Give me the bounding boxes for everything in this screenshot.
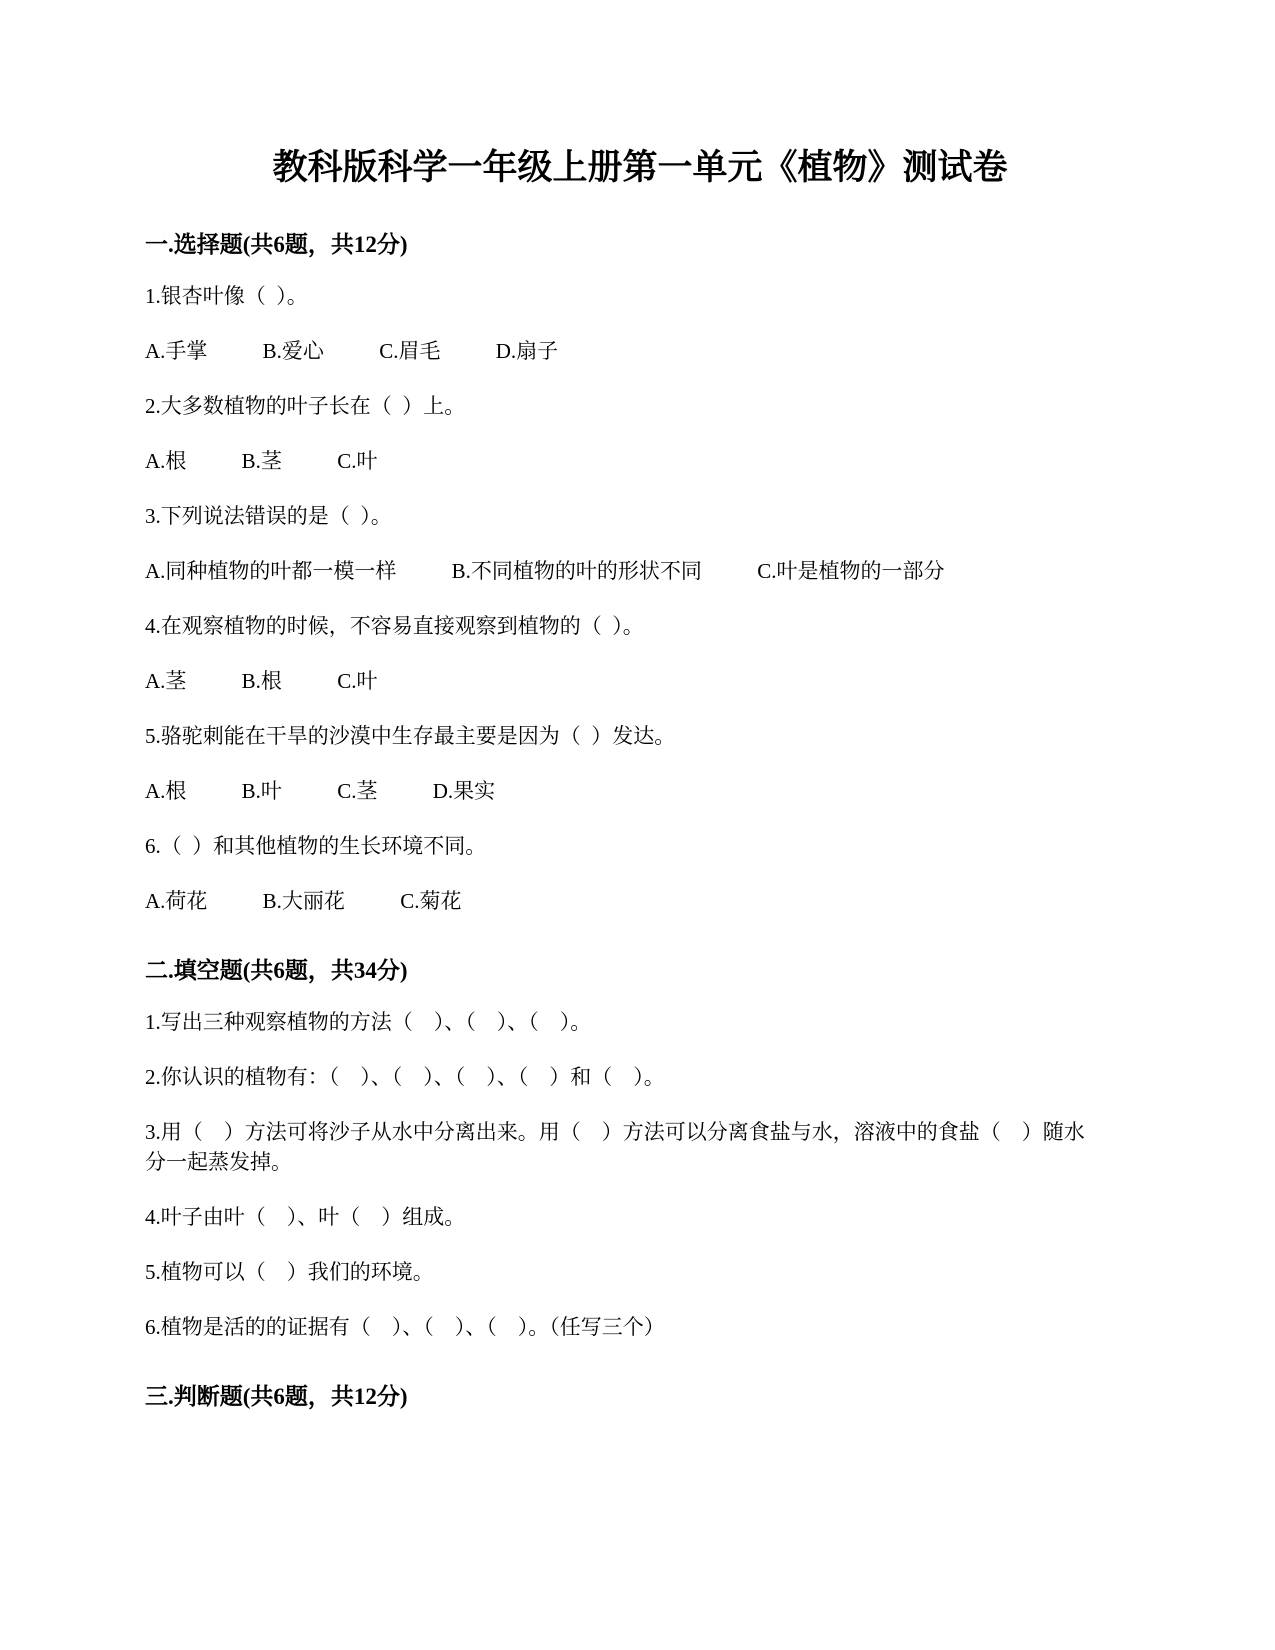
option-label: B.爱心 bbox=[263, 336, 324, 366]
question-text: 3.下列说法错误的是（ ）。 bbox=[145, 501, 1085, 531]
question-text: 4.叶子由叶（ ）、叶（ ）组成。 bbox=[145, 1202, 1085, 1232]
test-paper-page: 教科版科学一年级上册第一单元《植物》测试卷 一.选择题(共6题，共12分) 1.… bbox=[0, 0, 1275, 1650]
option-label: A.同种植物的叶都一模一样 bbox=[145, 556, 396, 586]
option-label: C.茎 bbox=[337, 776, 377, 806]
option-label: A.茎 bbox=[145, 666, 186, 696]
question-text: 5.植物可以（ ）我们的环境。 bbox=[145, 1257, 1085, 1287]
option-label: C.菊花 bbox=[400, 886, 461, 916]
options-row: A.根 B.茎 C.叶 bbox=[145, 446, 1085, 476]
option-label: B.大丽花 bbox=[263, 886, 345, 916]
option-label: C.叶 bbox=[337, 666, 377, 696]
question-text: 3.用（ ）方法可将沙子从水中分离出来。用（ ）方法可以分离食盐与水，溶液中的食… bbox=[145, 1117, 1085, 1177]
section-heading-fill: 二.填空题(共6题，共34分) bbox=[145, 952, 1135, 985]
options-row: A.手掌 B.爱心 C.眉毛 D.扇子 bbox=[145, 336, 1085, 366]
option-label: C.眉毛 bbox=[379, 336, 440, 366]
option-label: D.扇子 bbox=[496, 336, 558, 366]
question-text: 5.骆驼刺能在干旱的沙漠中生存最主要是因为（ ）发达。 bbox=[145, 721, 1085, 751]
options-row: A.茎 B.根 C.叶 bbox=[145, 666, 1085, 696]
section-choice-body: 1.银杏叶像（ ）。 A.手掌 B.爱心 C.眉毛 D.扇子 2.大多数植物的叶… bbox=[145, 281, 1085, 916]
question-text: 1.银杏叶像（ ）。 bbox=[145, 281, 1085, 311]
section-heading-choice: 一.选择题(共6题，共12分) bbox=[145, 226, 1135, 259]
options-row: A.根 B.叶 C.茎 D.果实 bbox=[145, 776, 1085, 806]
question-text: 2.你认识的植物有：（ ）、（ ）、（ ）、（ ）和（ ）。 bbox=[145, 1062, 1085, 1092]
option-label: A.手掌 bbox=[145, 336, 207, 366]
option-label: A.荷花 bbox=[145, 886, 207, 916]
question-text: 1.写出三种观察植物的方法（ ）、（ ）、（ ）。 bbox=[145, 1007, 1085, 1037]
option-label: B.茎 bbox=[242, 446, 282, 476]
section-multiple-choice: 一.选择题(共6题，共12分) 1.银杏叶像（ ）。 A.手掌 B.爱心 C.眉… bbox=[145, 226, 1135, 916]
option-label: B.不同植物的叶的形状不同 bbox=[452, 556, 702, 586]
section-true-false: 三.判断题(共6题，共12分) bbox=[145, 1378, 1135, 1411]
section-fill-in-blank: 二.填空题(共6题，共34分) 1.写出三种观察植物的方法（ ）、（ ）、（ ）… bbox=[145, 952, 1135, 1342]
option-label: B.根 bbox=[242, 666, 282, 696]
option-label: A.根 bbox=[145, 446, 186, 476]
question-text: 6.植物是活的的证据有（ ）、（ ）、（ ）。（任写三个） bbox=[145, 1312, 1085, 1342]
options-row: A.荷花 B.大丽花 C.菊花 bbox=[145, 886, 1085, 916]
question-text: 6.（ ）和其他植物的生长环境不同。 bbox=[145, 831, 1085, 861]
question-text: 2.大多数植物的叶子长在（ ）上。 bbox=[145, 391, 1085, 421]
options-row: A.同种植物的叶都一模一样 B.不同植物的叶的形状不同 C.叶是植物的一部分 bbox=[145, 556, 1085, 586]
option-label: D.果实 bbox=[433, 776, 495, 806]
question-text: 4.在观察植物的时候，不容易直接观察到植物的（ ）。 bbox=[145, 611, 1085, 641]
section-fill-body: 1.写出三种观察植物的方法（ ）、（ ）、（ ）。 2.你认识的植物有：（ ）、… bbox=[145, 1007, 1085, 1342]
option-label: C.叶 bbox=[337, 446, 377, 476]
exam-title: 教科版科学一年级上册第一单元《植物》测试卷 bbox=[145, 140, 1135, 190]
option-label: C.叶是植物的一部分 bbox=[757, 556, 944, 586]
section-heading-judge: 三.判断题(共6题，共12分) bbox=[145, 1378, 1135, 1411]
option-label: A.根 bbox=[145, 776, 186, 806]
option-label: B.叶 bbox=[242, 776, 282, 806]
